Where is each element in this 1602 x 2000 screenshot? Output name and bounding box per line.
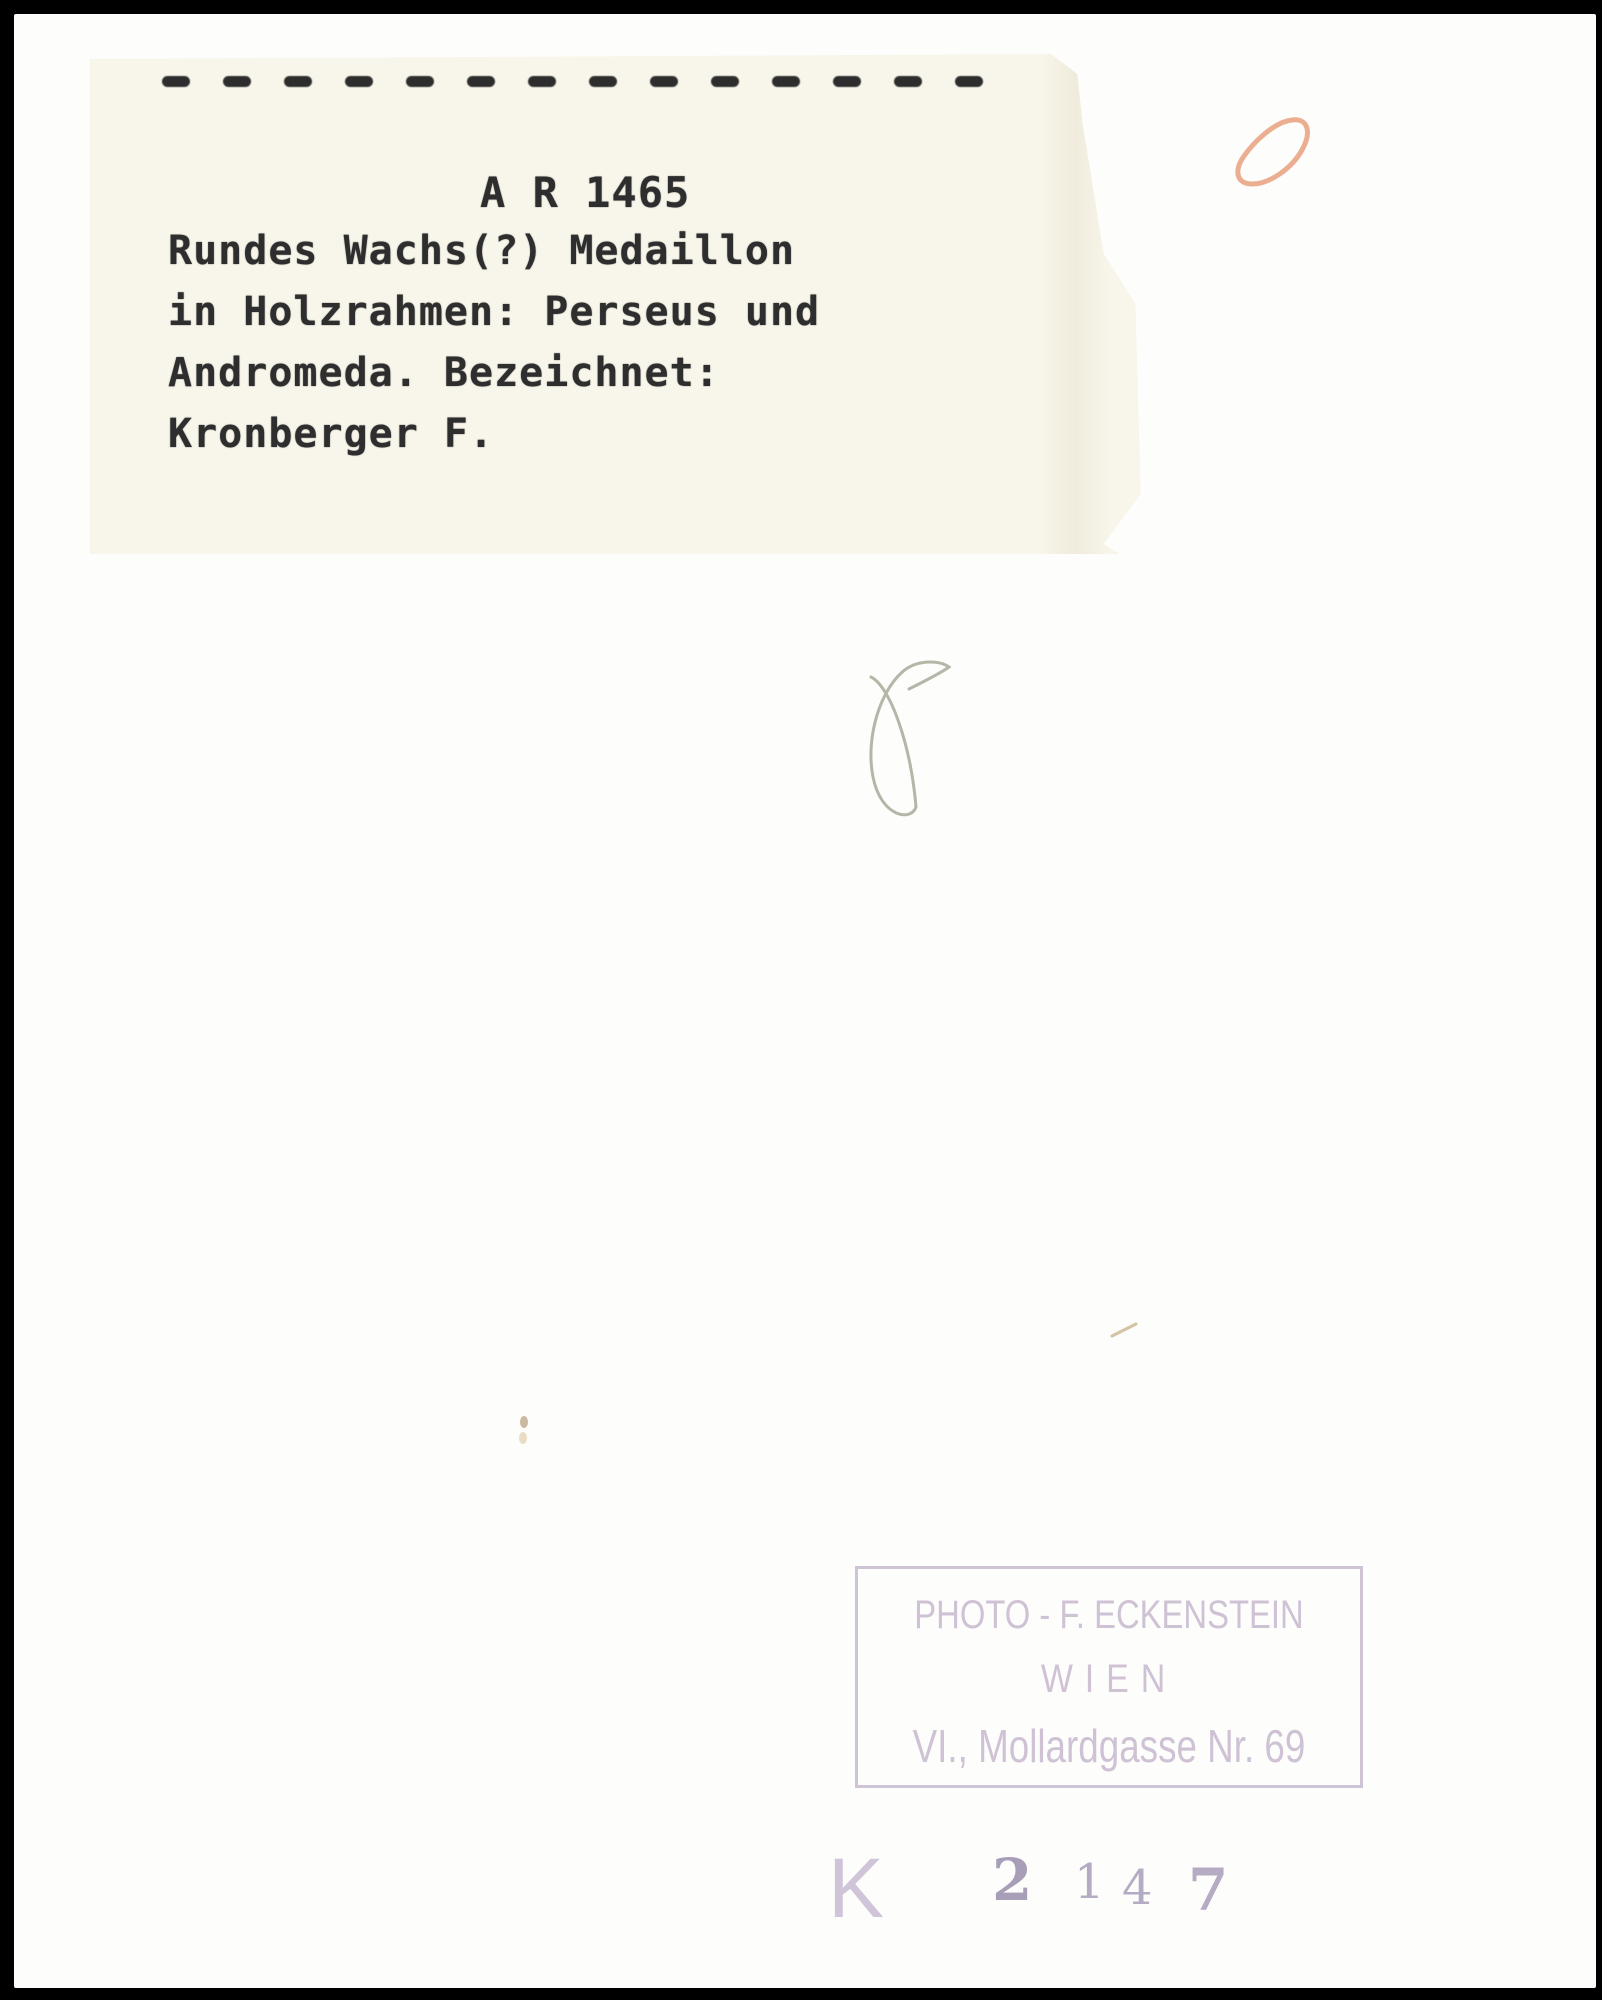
dash <box>650 76 678 87</box>
dash <box>345 76 373 87</box>
label-fold <box>1040 54 1110 554</box>
inventory-digit: 7 <box>1188 1856 1228 1924</box>
stamp-line-2: WIEN <box>896 1657 1323 1702</box>
dash <box>223 76 251 87</box>
perforation-dashes <box>162 76 983 87</box>
dash <box>894 76 922 87</box>
dash <box>284 76 312 87</box>
speck <box>514 1412 534 1452</box>
photo-back-sheet: A R 1465 Rundes Wachs(?) Medaillon in Ho… <box>14 14 1596 1988</box>
inventory-prefix: K <box>828 1840 884 1937</box>
stamp-line-1: PHOTO - F. ECKENSTEIN <box>903 1593 1315 1638</box>
speck <box>1110 1320 1140 1340</box>
dash <box>162 76 190 87</box>
typed-label: A R 1465 Rundes Wachs(?) Medaillon in Ho… <box>90 54 1146 554</box>
orange-crayon-zero-mark <box>1230 114 1314 190</box>
dash <box>772 76 800 87</box>
stamp-line-3: VI., Mollardgasse Nr. 69 <box>908 1719 1310 1773</box>
dash <box>406 76 434 87</box>
label-line-4: Kronberger F. <box>168 411 494 457</box>
label-line-3: Andromeda. Bezeichnet: <box>168 350 720 396</box>
dash <box>955 76 983 87</box>
dash <box>467 76 495 87</box>
dash <box>833 76 861 87</box>
inventory-digit: 4 <box>1122 1860 1153 1916</box>
dash <box>589 76 617 87</box>
pencil-eight-mark <box>861 657 961 822</box>
inventory-digit: 1 <box>1074 1854 1105 1910</box>
inventory-digit: 2 <box>992 1846 1032 1914</box>
label-line-1: Rundes Wachs(?) Medaillon <box>168 228 795 274</box>
photographer-stamp: PHOTO - F. ECKENSTEIN WIEN VI., Mollardg… <box>855 1566 1363 1788</box>
label-line-2: in Holzrahmen: Perseus und <box>168 289 820 335</box>
dash <box>528 76 556 87</box>
dash <box>711 76 739 87</box>
label-reference: A R 1465 <box>480 168 690 217</box>
